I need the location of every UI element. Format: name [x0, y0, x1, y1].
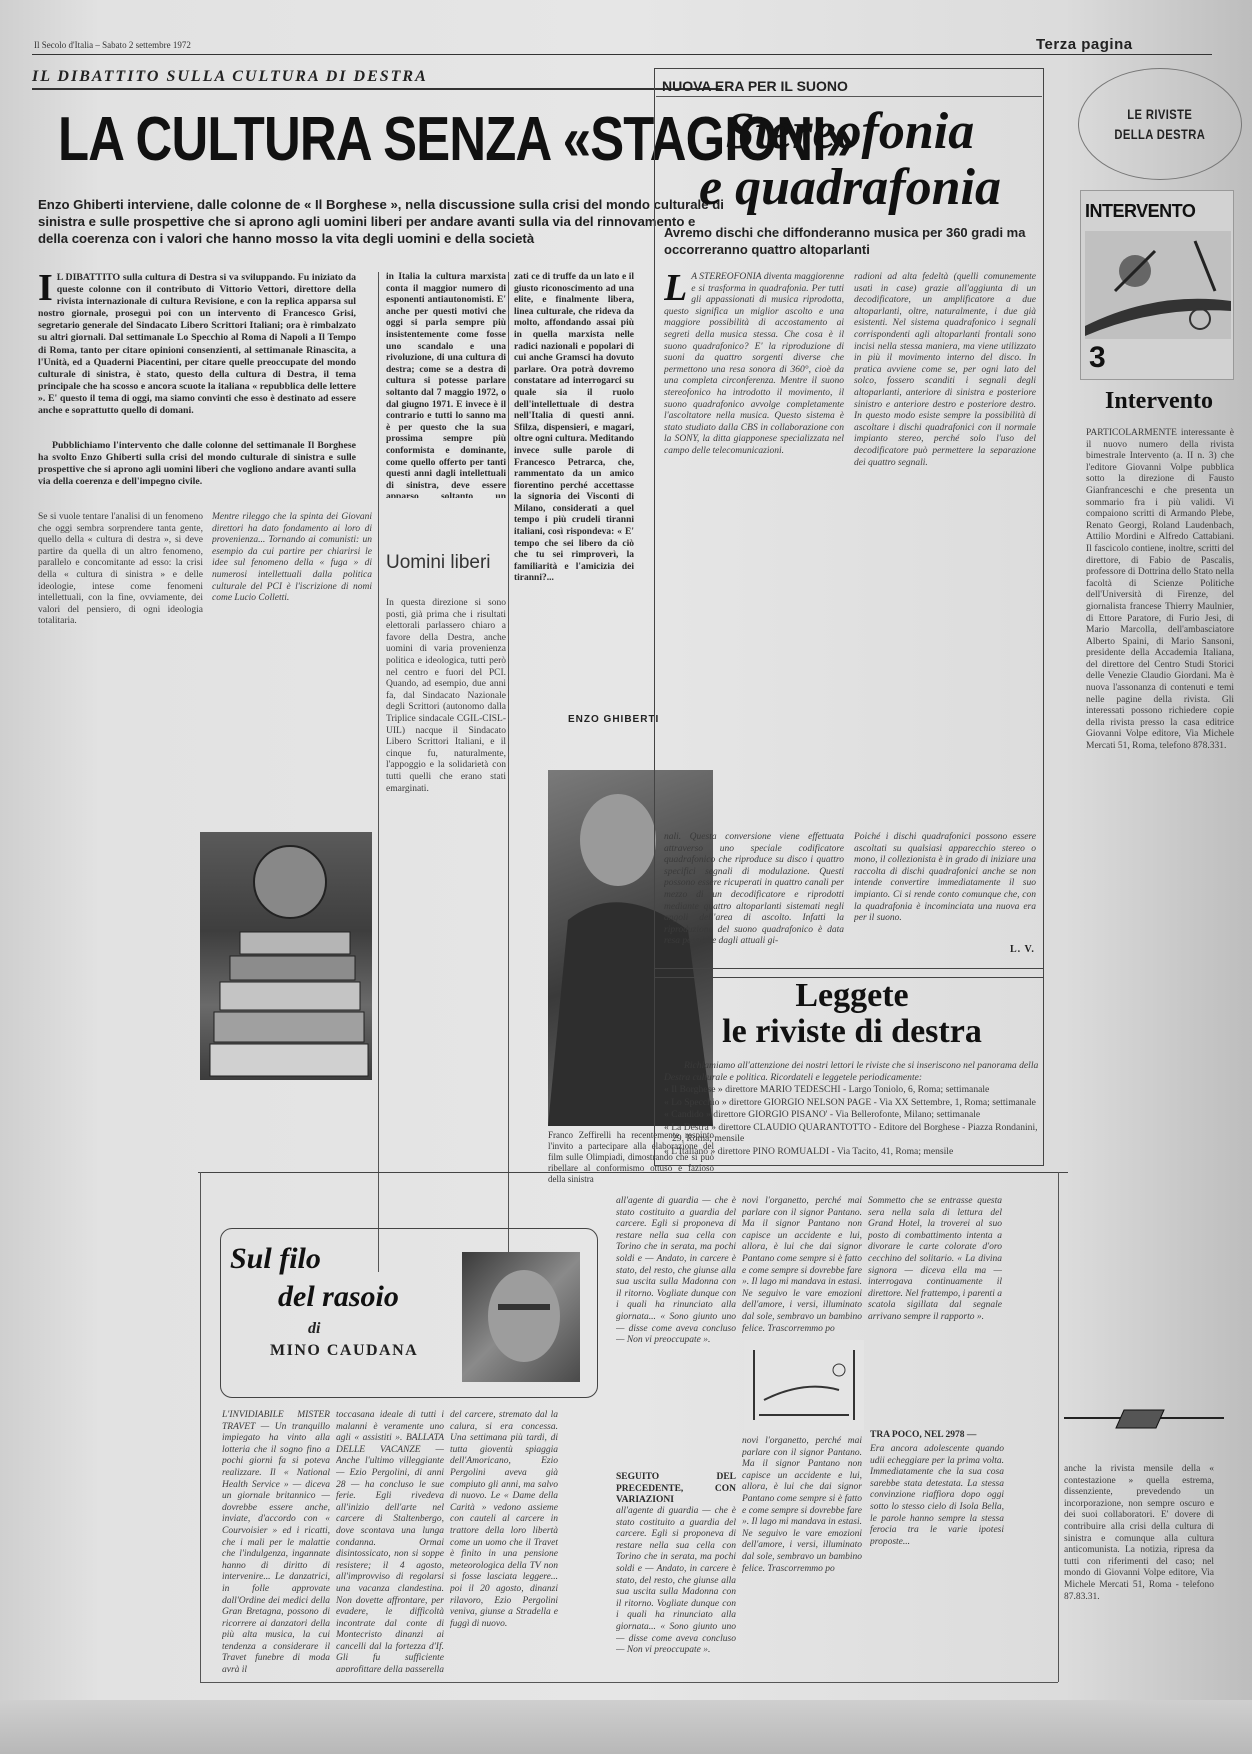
masthead-rule [32, 54, 1212, 55]
stereo-col1-text: A STEREOFONIA diventa maggiorenne e si t… [664, 272, 844, 456]
rasoio-col5: novi l'organetto, perché mai parlare con… [742, 1196, 862, 1336]
rasoio-col6: Sommetto che se entrasse questa sera nel… [868, 1196, 1002, 1406]
paper-date-line: Il Secolo d'Italia – Sabato 2 settembre … [34, 40, 191, 50]
rasoio-col4-cont: all'agente di guardia — che è stato cost… [616, 1506, 736, 1672]
oval-line2: DELLA DESTRA [1115, 124, 1206, 144]
caudana-portrait [462, 1252, 580, 1382]
rasoio-col2: toccasana ideale di tutti i malanni è ve… [336, 1410, 444, 1672]
rasoio-di: di [308, 1320, 320, 1338]
main-col3-top: zati ce di truffe da un lato e il giusto… [514, 272, 634, 652]
leggete-intro: Richiamiamo all'attenzione dei nostri le… [664, 1060, 1044, 1083]
leggete-title-line2: le riviste di destra [662, 1014, 1042, 1050]
stereo-title: Stereofonia e quadrafonia [660, 104, 1040, 216]
newspaper-page: Il Secolo d'Italia – Sabato 2 settembre … [0, 0, 1252, 1754]
stereo-col2: radioni ad alta fedeltà (quelli comuneme… [854, 272, 1036, 832]
subhead-uomini-liberi: Uomini liberi [386, 553, 491, 573]
rasoio-subhead-a: SEGUITO DEL PRECEDENTE, CON VARIAZIONI [616, 1472, 736, 1504]
main-col2-mid: In questa direzione si sono posti, già p… [386, 598, 506, 1082]
rasoio-col3: del carcere, stremato dal la calura, si … [450, 1410, 558, 1672]
rasoio-subhead-b: TRA POCO, NEL 2978 — [870, 1430, 1004, 1444]
main-byline: ENZO GHIBERTI [568, 714, 659, 725]
leggete-item: « Il Borghese » direttore MARIO TEDESCHI… [664, 1084, 1044, 1096]
books-illustration [200, 832, 372, 1080]
rasoio-box-bottom [200, 1682, 1058, 1683]
rasoio-col1: L'INVIDIABILE MISTER TRAVET — Un tranqui… [222, 1410, 330, 1672]
rasoio-col4: all'agente di guardia — che è stato cost… [616, 1196, 736, 1416]
stereo-kicker-rule [656, 96, 1042, 97]
leggete-title-line1: Leggete [662, 978, 1042, 1014]
intervento-title: Intervento [1084, 388, 1234, 415]
main-col2-end [384, 508, 504, 532]
intro-text: L DIBATTITO sulla cultura di Destra si v… [38, 272, 356, 416]
stereo-deck: Avremo dischi che diffonderanno musica p… [664, 224, 1044, 258]
stereo-title-line2: e quadrafonia [660, 160, 1040, 216]
intervento-magazine-cover: INTERVENTO 3 [1080, 190, 1234, 380]
cover-art-illustration [1085, 231, 1231, 339]
main-kicker: IL DIBATTITO SULLA CULTURA DI DESTRA [32, 68, 428, 86]
rasoio-box-right [1058, 1172, 1059, 1682]
intervento-body-lower: anche la rivista mensile della « contest… [1064, 1464, 1214, 1714]
column-rule [508, 272, 509, 1272]
main-deck: Enzo Ghiberti interviene, dalle colonne … [38, 196, 728, 247]
rasoio-col5-cont: novi l'organetto, perché mai parlare con… [742, 1436, 862, 1672]
cover-number: 3 [1089, 341, 1106, 375]
stereo-kicker: NUOVA ERA PER IL SUONO [662, 78, 848, 94]
leggete-list: Richiamiamo all'attenzione dei nostri le… [664, 1060, 1044, 1158]
main-col1-lower: Se si vuole tentare l'analisi di un feno… [38, 512, 203, 1562]
cover-title: INTERVENTO [1085, 201, 1231, 222]
section-rule [198, 1172, 1068, 1173]
leggete-item: « La Destra » direttore CLAUDIO QUARANTO… [664, 1122, 1044, 1145]
stereo-col1: L A STEREOFONIA diventa maggiorenne e si… [664, 272, 844, 832]
portrait-illustration [462, 1252, 580, 1382]
leggete-item: « Lo Specchio » direttore GIORGIO NELSON… [664, 1097, 1044, 1109]
kicker-rule [32, 88, 722, 90]
rasoio-title: Sul filo del rasoio [230, 1240, 399, 1316]
rasoio-title-line1: Sul filo [230, 1240, 399, 1278]
rasoio-title-line2: del rasoio [230, 1278, 399, 1316]
rasoio-col7: Era ancora adolescente quando udii echeg… [870, 1444, 1004, 1670]
books-globe-photo [200, 832, 372, 1080]
reclining-figure-illustration [744, 1340, 864, 1430]
leggete-item: « L'Italiano » direttore PINO ROMUALDI -… [664, 1146, 1044, 1158]
intervento-body: PARTICOLARMENTE interessante è il nuovo … [1086, 428, 1234, 1378]
dropcap: I [38, 272, 53, 304]
main-intro-p2: Pubblichiamo l'intervento che dalle colo… [38, 440, 356, 496]
stereo-col1-end: nali. Questa conversione viene effettuat… [664, 832, 844, 952]
stereo-dropcap: L [664, 272, 687, 304]
main-col2-lower: Mentre rileggo che la spinta dei Giovani… [212, 512, 372, 822]
stereo-col2-end: Poiché i dischi quadrafonici possono ess… [854, 832, 1036, 932]
stereo-title-line1: Stereofonia [660, 104, 1040, 160]
stereo-signature: L. V. [1010, 944, 1035, 955]
page-bottom-margin [0, 1700, 1252, 1754]
main-headline: LA CULTURA SENZA «STAGIONI» [58, 104, 607, 175]
oval-line1: LE RIVISTE [1115, 104, 1206, 124]
section-label: Terza pagina [1036, 36, 1133, 53]
pen-ornament-icon [1064, 1398, 1224, 1438]
leggete-title: Leggete le riviste di destra [662, 978, 1042, 1050]
leggete-item: « Candido » direttore GIORGIO PISANO' - … [664, 1109, 1044, 1121]
rasoio-author: MINO CAUDANA [270, 1342, 418, 1360]
main-col2-top: in Italia la cultura marxista conta il m… [386, 272, 506, 498]
column-rule [378, 272, 379, 1272]
rasoio-box-left [200, 1172, 201, 1682]
riviste-oval-label: LE RIVISTE DELLA DESTRA [1078, 68, 1242, 180]
